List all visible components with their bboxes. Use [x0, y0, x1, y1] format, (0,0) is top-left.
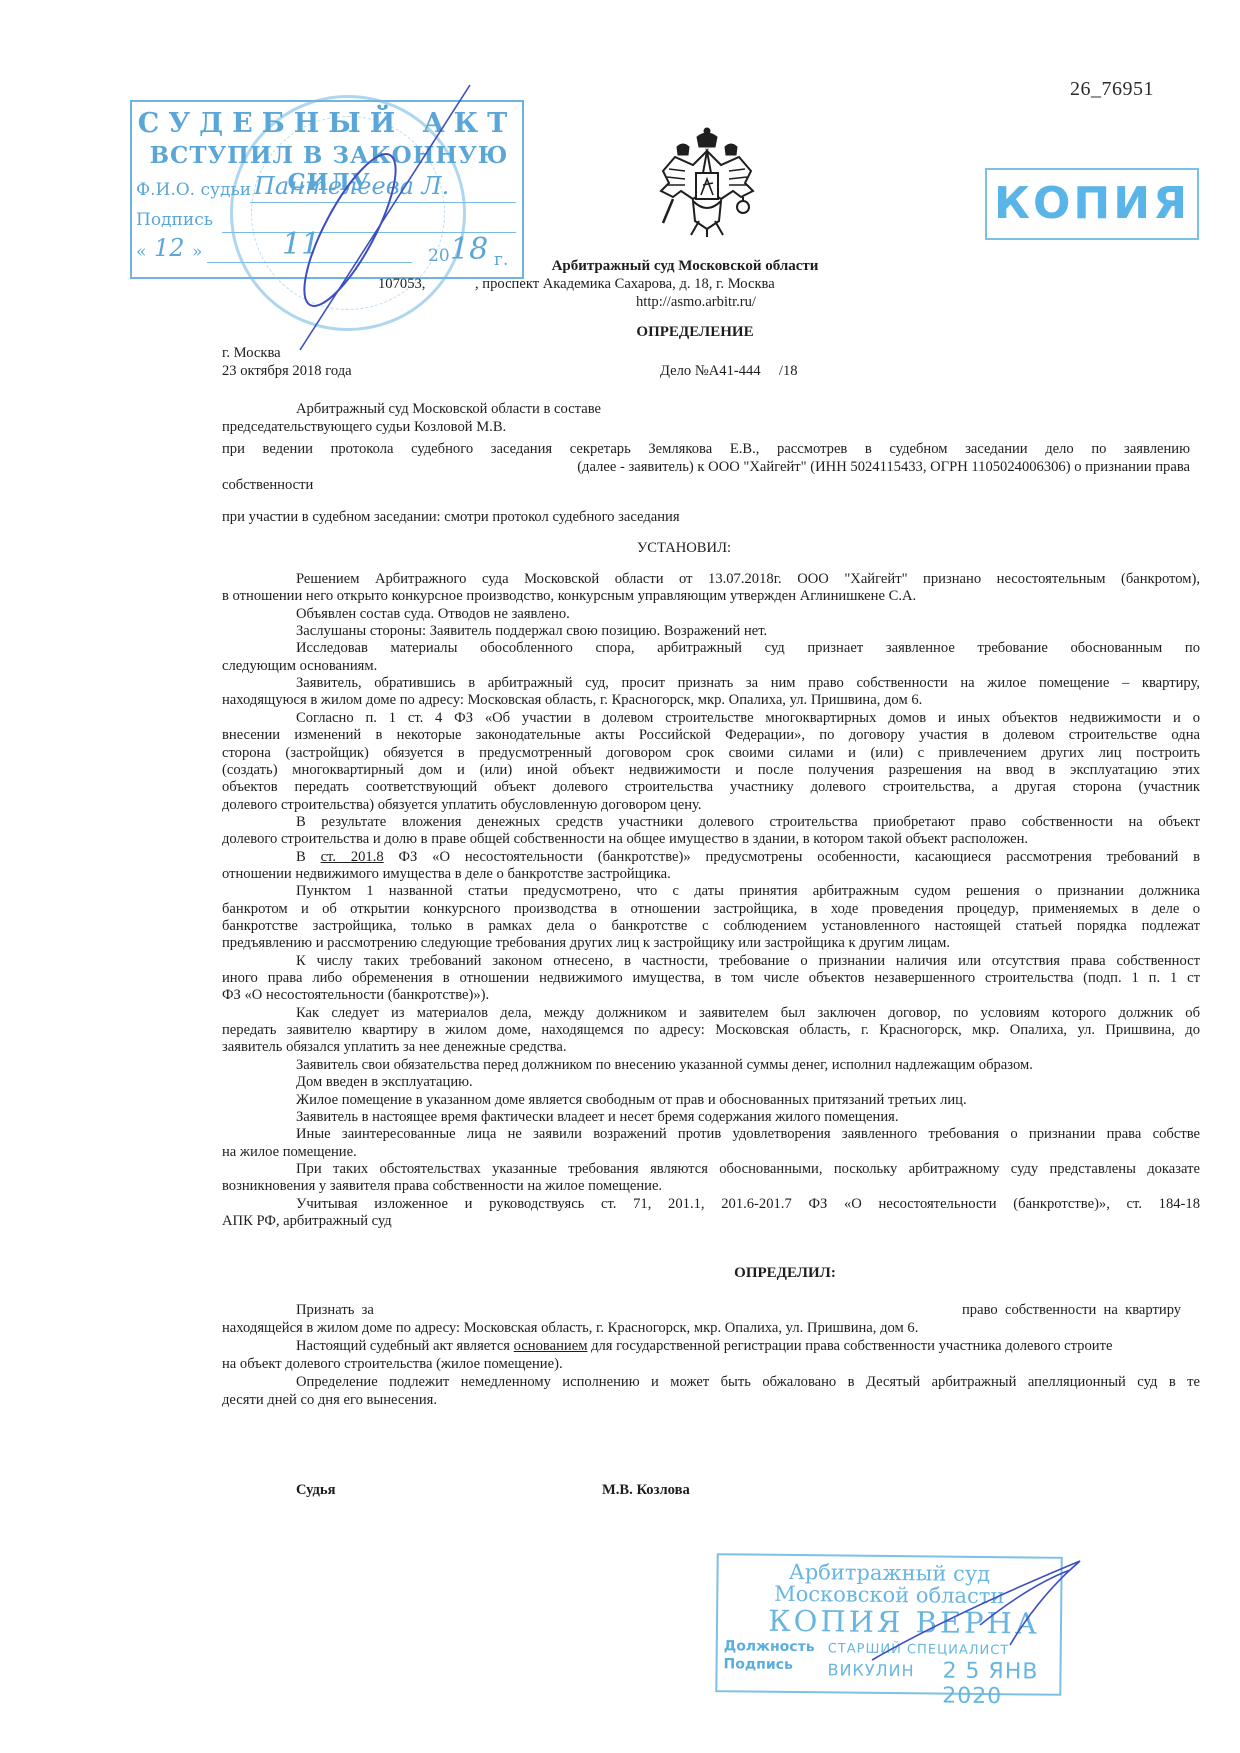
court-address: , проспект Академика Сахарова, д. 18, г.… [475, 276, 775, 293]
established-line: следующим основаниям. [222, 658, 1200, 675]
ruling-recognize-prefix: Признать за [296, 1302, 374, 1319]
established-line: на жилое помещение. [222, 1144, 1200, 1161]
signature-label-verified: Подпись [723, 1656, 792, 1673]
established-line: В результате вложения денежных средств у… [296, 814, 1200, 831]
position-label: Должность [724, 1638, 815, 1655]
signature-stroke-icon [240, 80, 500, 360]
established-line: При таких обстоятельствах указанные треб… [296, 1161, 1200, 1178]
decision-date: 23 октября 2018 года [222, 363, 352, 380]
established-line: Учитывая изложенное и руководствуясь ст.… [296, 1196, 1200, 1213]
established-line: находящуюся в жилом доме по адресу: Моск… [222, 692, 1200, 709]
coat-of-arms-icon [655, 125, 760, 240]
established-line: внесении изменений в некоторые законодат… [222, 727, 1200, 744]
established-line: Решением Арбитражного суда Московской об… [296, 571, 1200, 588]
established-line: АПК РФ, арбитражный суд [222, 1213, 1200, 1230]
established-line: ФЗ «О несостоятельности (банкротстве)»). [222, 987, 1200, 1004]
established-line: Пунктом 1 названной статьи предусмотрено… [296, 883, 1200, 900]
court-name: Арбитражный суд Московской области [0, 258, 1240, 275]
established-line: долевого строительства и долю в праве об… [222, 831, 1200, 848]
ruling-line: Определение подлежит немедленному исполн… [296, 1374, 1200, 1391]
established-line: объектов передать соответствующий объект… [222, 779, 1200, 796]
stamp-copy: КОПИЯ [985, 168, 1199, 240]
established-line: Дом введен в эксплуатацию. [296, 1074, 1200, 1091]
intro-line-3: при ведении протокола судебного заседани… [222, 441, 1190, 458]
established-line: Заявитель, обратившись в арбитражный суд… [296, 675, 1200, 692]
ruling-line: Настоящий судебный акт является основани… [296, 1338, 1200, 1355]
established-line: отношении недвижимого имущества в деле о… [222, 866, 1200, 883]
court-url[interactable]: http://asmo.arbitr.ru/ [636, 294, 756, 311]
signature-name: М.В. Козлова [602, 1482, 690, 1499]
signature-role: Судья [296, 1482, 336, 1499]
section-established: УСТАНОВИЛ: [0, 540, 1240, 557]
judge-label: Ф.И.О. судьи [136, 180, 251, 200]
established-line: предъявлению и рассмотрению следующие тр… [222, 935, 1200, 952]
intro-line-5: собственности [222, 477, 313, 494]
stamp-copy-label: КОПИЯ [987, 178, 1197, 229]
established-line: Заявитель свои обязательства перед должн… [296, 1057, 1200, 1074]
established-line: иного права либо обременения в отношении… [222, 970, 1200, 987]
established-line: Объявлен состав суда. Отводов не заявлен… [296, 606, 1200, 623]
established-line: К числу таких требований законом отнесен… [296, 953, 1200, 970]
established-line: Иные заинтересованные лица не заявили во… [296, 1126, 1200, 1143]
verified-date: 2 5 ЯНВ 2020 [942, 1659, 1060, 1710]
court-zip: 107053, [378, 276, 425, 293]
case-number: Дело №А41-444 /18 [660, 363, 798, 380]
established-line: передать заявителю квартиру в жилом доме… [222, 1022, 1200, 1039]
established-line: Исследовав материалы обособленного спора… [296, 640, 1200, 657]
law-reference-link[interactable]: основанием [514, 1338, 588, 1354]
intro-line-2: председательствующего судьи Козловой М.В… [222, 419, 506, 436]
established-line: долевого строительства) обязуется уплати… [222, 797, 1200, 814]
established-line: Жилое помещение в указанном доме являетс… [296, 1092, 1200, 1109]
established-line: (создать) многоквартирный дом и (или) ин… [222, 762, 1200, 779]
intro-line-1: Арбитражный суд Московской области в сос… [296, 401, 601, 418]
document-title: ОПРЕДЕЛЕНИЕ [0, 324, 1240, 341]
signature-label: Подпись [136, 210, 213, 230]
established-line: Заявитель в настоящее время фактически в… [296, 1109, 1200, 1126]
established-line: Заслушаны стороны: Заявитель поддержал с… [296, 623, 1200, 640]
ruling-line: на объект долевого строительства (жилое … [222, 1356, 1200, 1373]
established-line: В ст. 201.8 ФЗ «О несостоятельности (бан… [296, 849, 1200, 866]
document-id: 26_76951 [1070, 78, 1154, 101]
established-line: заявитель обязался уплатить за нее денеж… [222, 1039, 1200, 1056]
law-reference-link[interactable]: ст. 201.8 [321, 849, 384, 865]
ruling-line: десяти дней со дня его вынесения. [222, 1392, 1200, 1409]
verified-signature-stroke-icon [870, 1555, 1090, 1665]
established-line: Как следует из материалов дела, между до… [296, 1005, 1200, 1022]
established-line: возникновения у заявителя права собствен… [222, 1178, 1200, 1195]
established-line: Согласно п. 1 ст. 4 ФЗ «Об участии в дол… [296, 710, 1200, 727]
established-line: банкротом и об открытии конкурсного прои… [222, 901, 1200, 918]
participants: при участии в судебном заседании: смотри… [222, 509, 680, 526]
ruling-line: находящейся в жилом доме по адресу: Моск… [222, 1320, 1200, 1337]
intro-line-4: (далее - заявитель) к ООО "Хайгейт" (ИНН… [477, 459, 1190, 476]
ruling-recognize-suffix: право собственности на квартиру [962, 1302, 1192, 1319]
established-line: в отношении него открыто конкурсное прои… [222, 588, 1200, 605]
established-line: сторона (застройщик) обязуется в предусм… [222, 745, 1200, 762]
section-ruled: ОПРЕДЕЛИЛ: [0, 1265, 1240, 1282]
city: г. Москва [222, 345, 281, 362]
established-line: банкротстве застройщика, только в рамках… [222, 918, 1200, 935]
